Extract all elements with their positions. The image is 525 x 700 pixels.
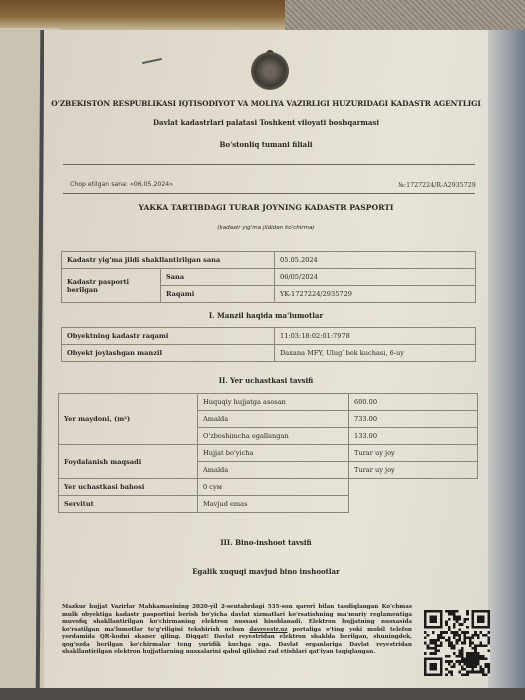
row-value: 600.00	[349, 394, 478, 411]
footer-disclaimer: Mazkur hujjat Vazirlar Mahkamasining 202…	[62, 604, 412, 657]
row-value: Daxana MFY, Ulug`bek kuchasi, 6-uy	[275, 345, 476, 362]
row-label: Foydalanish maqsadi	[59, 445, 198, 479]
row-value: Mavjud emas	[198, 496, 349, 513]
row-value: 133.00	[349, 428, 478, 445]
sub-label: O'zboshimcha egallangan	[198, 428, 349, 445]
sub-label: Sana	[161, 269, 275, 286]
qr-code-icon[interactable]	[424, 610, 490, 676]
row-label: Servitut	[59, 496, 198, 513]
row-label: Yer maydoni, (m²)	[59, 394, 198, 445]
table-row: Obyektning kadastr raqami 11:03:18:02:01…	[62, 328, 476, 345]
agency-name: O'ZBEKISTON RESPUBLIKASI IQTISODIYOT VA …	[44, 99, 488, 108]
section-3-title: III. Bino-inshoot tavsifi	[44, 538, 488, 547]
davreestr-link[interactable]: davreestr.uz	[249, 627, 287, 633]
table-row: Kadastr pasporti berilgan Sana 06/05/202…	[62, 269, 476, 286]
document-title: YAKKA TARTIBDAGI TURAR JOYNING KADASTR P…	[44, 203, 488, 212]
table-row: Yer maydoni, (m²) Huquqiy hujjatga asosa…	[59, 394, 478, 411]
sub-label: Amalda	[198, 462, 349, 479]
table-row: Yer uchastkasi bahosi 0 сум	[59, 479, 478, 496]
row-value: 11:03:18:02:01:7978	[275, 328, 476, 345]
empty-cell	[349, 496, 478, 513]
document-subtitle: (kadastr yig'ma jildidan ko'chirma)	[44, 225, 488, 231]
row-label: Kadastr pasporti berilgan	[62, 269, 161, 303]
state-emblem-icon	[251, 52, 289, 90]
header-divider	[63, 164, 475, 165]
section-2-title: II. Yer uchastkasi tavsifi	[44, 376, 488, 385]
row-label: Yer uchastkasi bahosi	[59, 479, 198, 496]
row-value: Turar uy joy	[349, 445, 478, 462]
document-page	[44, 30, 488, 700]
table-row: Foydalanish maqsadi Hujjat bo'yicha Tura…	[59, 445, 478, 462]
row-label: Kadastr yig'ma jildi shakllantirilgan sa…	[62, 252, 275, 269]
row-value: 05.05.2024	[275, 252, 476, 269]
sub-label: Hujjat bo'yicha	[198, 445, 349, 462]
row-value: 06/05/2024	[275, 269, 476, 286]
sub-label: Huquqiy hujjatga asosan	[198, 394, 349, 411]
background-plastic-sleeve	[485, 30, 525, 700]
address-table: Obyektning kadastr raqami 11:03:18:02:01…	[61, 327, 476, 362]
table-row: Servitut Mavjud emas	[59, 496, 478, 513]
registry-table: Kadastr yig'ma jildi shakllantirilgan sa…	[61, 251, 476, 303]
section-1-title: I. Manzil haqida ma'lumotlar	[44, 311, 488, 320]
sub-label: Amalda	[198, 411, 349, 428]
row-value: Turar uy joy	[349, 462, 478, 479]
row-value: 733.00	[349, 411, 478, 428]
background-floor	[0, 688, 525, 700]
empty-cell	[349, 479, 478, 496]
branch-name: Bo'stonliq tumani filiali	[44, 140, 488, 149]
print-date: Chop etilgan sana: «06.05.2024»	[70, 181, 173, 188]
row-value: YK-1727224/2935729	[275, 286, 476, 303]
chamber-name: Davlat kadastrlari palatasi Toshkent vil…	[44, 118, 488, 127]
sub-label: Raqami	[161, 286, 275, 303]
land-plot-table: Yer maydoni, (m²) Huquqiy hujjatga asosa…	[58, 393, 478, 513]
table-row: Obyekt joylashgan manzil Daxana MFY, Ulu…	[62, 345, 476, 362]
table-row: Kadastr yig'ma jildi shakllantirilgan sa…	[62, 252, 476, 269]
meta-divider	[63, 193, 475, 194]
document-number: №:1727224/R-A2935729	[398, 182, 476, 189]
section-3-subtitle: Egalik xuquqi mavjud bino inshootlar	[44, 567, 488, 576]
row-label: Obyekt joylashgan manzil	[62, 345, 275, 362]
row-label: Obyektning kadastr raqami	[62, 328, 275, 345]
row-value: 0 сум	[198, 479, 349, 496]
